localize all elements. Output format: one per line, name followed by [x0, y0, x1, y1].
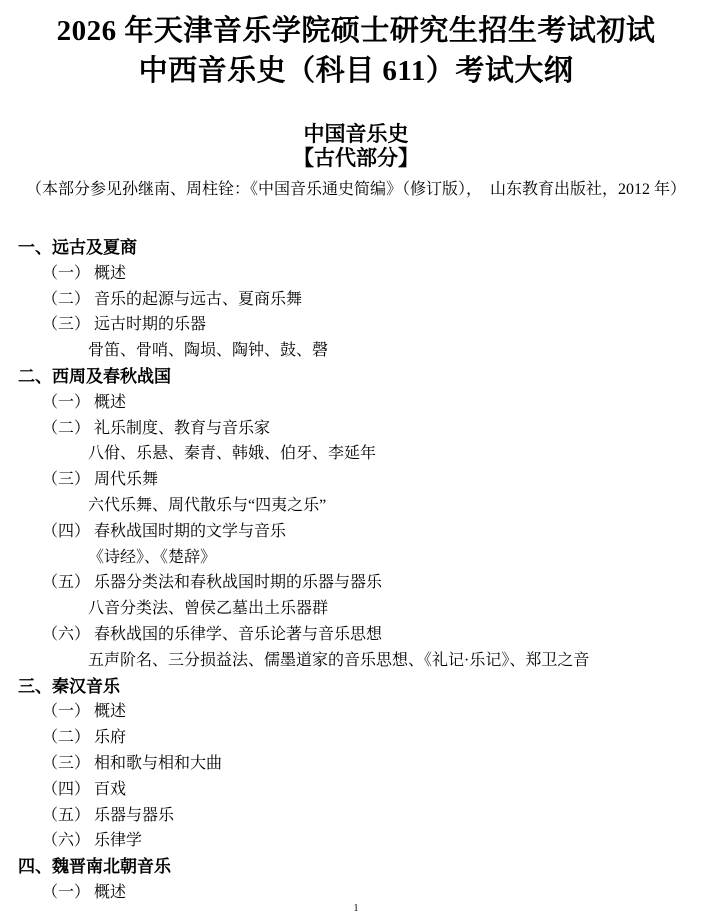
outline-item-detail: 骨笛、骨哨、陶埙、陶钟、鼓、磬 — [0, 338, 712, 364]
outline-section-3-heading: 三、秦汉音乐 — [0, 674, 712, 700]
outline-item: （一） 概述 — [0, 390, 712, 416]
outline-item-detail: 五声阶名、三分损益法、儒墨道家的音乐思想、《礼记·乐记》、郑卫之音 — [0, 648, 712, 674]
outline-item: （三） 周代乐舞 — [0, 467, 712, 493]
outline-item: （四） 春秋战国时期的文学与音乐 — [0, 519, 712, 545]
outline-item: （四） 百戏 — [0, 777, 712, 803]
outline-item-detail: 八佾、乐悬、秦青、韩娥、伯牙、李延年 — [0, 441, 712, 467]
reference-note: （本部分参见孙继南、周柱铨：《中国音乐通史简编》（修订版）， 山东教育出版社，2… — [0, 179, 712, 200]
outline: 一、远古及夏商 （一） 概述 （二） 音乐的起源与远古、夏商乐舞 （三） 远古时… — [0, 235, 712, 906]
document-title: 2026 年天津音乐学院硕士研究生招生考试初试 中西音乐史（科目 611）考试大… — [0, 0, 712, 91]
outline-item: （一） 概述 — [0, 880, 712, 906]
outline-section-4-heading: 四、魏晋南北朝音乐 — [0, 854, 712, 880]
part-title: 中国音乐史 【古代部分】 — [0, 123, 712, 171]
outline-item: （五） 乐器分类法和春秋战国时期的乐器与器乐 — [0, 570, 712, 596]
part-title-subtitle: 【古代部分】 — [0, 147, 712, 171]
part-title-main: 中国音乐史 — [0, 123, 712, 147]
outline-item-detail: 八音分类法、曾侯乙墓出土乐器群 — [0, 596, 712, 622]
outline-item-detail: 《诗经》、《楚辞》 — [0, 545, 712, 571]
outline-item: （三） 远古时期的乐器 — [0, 312, 712, 338]
outline-item: （五） 乐器与器乐 — [0, 803, 712, 829]
document-title-line-1: 2026 年天津音乐学院硕士研究生招生考试初试 — [0, 11, 712, 51]
outline-item: （二） 音乐的起源与远古、夏商乐舞 — [0, 287, 712, 313]
outline-item: （一） 概述 — [0, 699, 712, 725]
document-title-line-2: 中西音乐史（科目 611）考试大纲 — [0, 51, 712, 91]
outline-item: （二） 乐府 — [0, 725, 712, 751]
outline-section-1-heading: 一、远古及夏商 — [0, 235, 712, 261]
outline-item: （二） 礼乐制度、教育与音乐家 — [0, 416, 712, 442]
page-number: 1 — [0, 903, 712, 914]
outline-item: （一） 概述 — [0, 261, 712, 287]
document-page: 2026 年天津音乐学院硕士研究生招生考试初试 中西音乐史（科目 611）考试大… — [0, 0, 712, 917]
outline-item: （六） 乐律学 — [0, 828, 712, 854]
outline-section-2-heading: 二、西周及春秋战国 — [0, 364, 712, 390]
outline-item: （三） 相和歌与相和大曲 — [0, 751, 712, 777]
outline-item: （六） 春秋战国的乐律学、音乐论著与音乐思想 — [0, 622, 712, 648]
outline-item-detail: 六代乐舞、周代散乐与“四夷之乐” — [0, 493, 712, 519]
